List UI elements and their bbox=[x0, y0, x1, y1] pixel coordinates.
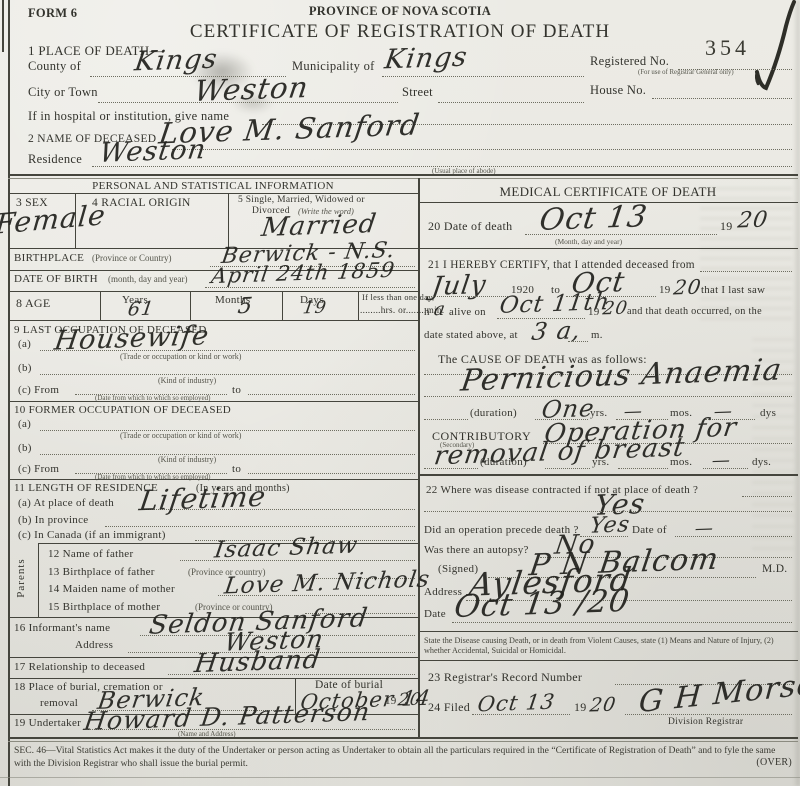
certificate-number-stamp: 354 bbox=[705, 35, 750, 61]
date-of-death-year-value: 20 bbox=[736, 207, 770, 233]
dotted-rule bbox=[568, 341, 588, 342]
dob-note: (month, day and year) bbox=[108, 274, 187, 284]
street-label: Street bbox=[402, 85, 433, 100]
attended-to-year-printed: 19 bbox=[659, 284, 671, 296]
informant-name-label: 16 Informant's name bbox=[14, 622, 110, 634]
age-hrs-label: ........hrs. or........min. bbox=[360, 305, 444, 315]
informant-address-label: Address bbox=[75, 639, 113, 651]
md-label: M.D. bbox=[762, 563, 787, 575]
residence-value: Weston bbox=[98, 134, 209, 169]
date-of-death-note: (Month, day and year) bbox=[555, 237, 622, 246]
mother-name-label: 14 Maiden name of mother bbox=[48, 583, 175, 595]
date-of-death-label: 20 Date of death bbox=[428, 219, 512, 234]
paper-fold-line bbox=[0, 777, 800, 778]
parents-side-label: Parents bbox=[15, 548, 27, 608]
city-or-town-label: City or Town bbox=[28, 85, 98, 100]
age-months-value: 5 bbox=[236, 294, 255, 320]
registered-no-label: Registered No. bbox=[590, 54, 669, 69]
cell-divider bbox=[358, 291, 359, 320]
filed-year-printed: 19 bbox=[574, 700, 587, 715]
contributory-dys-label: dys. bbox=[752, 456, 771, 468]
marital-label: 5 Single, Married, Widowed or bbox=[238, 195, 365, 205]
marital-value: Married bbox=[260, 209, 379, 243]
bottom-separator bbox=[8, 741, 798, 742]
operation-date-label: Date of bbox=[632, 524, 667, 536]
dotted-rule bbox=[172, 149, 792, 150]
cell-divider bbox=[228, 193, 229, 248]
last-occupation-b-label: (b) bbox=[18, 362, 32, 374]
heavy-rule bbox=[418, 474, 798, 476]
attended-to-year-value: 20 bbox=[672, 275, 703, 300]
alive-year-printed: 19 bbox=[588, 306, 600, 318]
rule bbox=[418, 660, 798, 661]
relationship-label: 17 Relationship to deceased bbox=[14, 661, 145, 673]
filed-label: 24 Filed bbox=[428, 700, 470, 715]
dotted-rule bbox=[700, 271, 792, 272]
father-name-value: Isaac Shaw bbox=[213, 533, 360, 564]
division-registrar-label: Division Registrar bbox=[668, 717, 743, 727]
former-occupation-a-label: (a) bbox=[18, 418, 31, 430]
medical-heading: MEDICAL CERTIFICATE OF DEATH bbox=[418, 184, 798, 200]
parents-bracket-rule bbox=[38, 543, 39, 617]
alive-on-label: alive on bbox=[449, 306, 486, 318]
registrar-record-label: 23 Registrar's Record Number bbox=[428, 670, 582, 685]
over-label: (OVER) bbox=[756, 757, 792, 768]
rule bbox=[8, 320, 418, 321]
age-label: 8 AGE bbox=[16, 296, 51, 311]
filed-date-value: Oct 13 bbox=[476, 690, 557, 717]
father-birthplace-label: 13 Birthplace of father bbox=[48, 566, 155, 578]
burial-date-year-value: 20 bbox=[397, 690, 424, 711]
rule bbox=[418, 631, 798, 632]
attended-from-value: July bbox=[430, 270, 489, 302]
filed-year-value: 20 bbox=[588, 694, 617, 717]
section-separator bbox=[8, 178, 798, 179]
last-occupation-b-note: (Kind of industry) bbox=[158, 376, 216, 385]
registrar-signature-value: G H Morse bbox=[638, 667, 800, 720]
cell-divider bbox=[100, 291, 101, 320]
certificate-title: CERTIFICATE OF REGISTRATION OF DEATH bbox=[0, 21, 800, 43]
sec-46-note: SEC. 46—Vital Statistics Act makes it th… bbox=[14, 745, 784, 770]
duration-dys-label: dys bbox=[760, 407, 776, 419]
dotted-rule bbox=[426, 296, 508, 297]
contributory-mos-label: mos. bbox=[670, 456, 692, 468]
age-days-value: 19 bbox=[302, 298, 329, 319]
certify-line3-tail: and that death occurred, on the bbox=[627, 306, 762, 317]
pen-checkmark-icon bbox=[745, 0, 797, 100]
residence-label: Residence bbox=[28, 152, 82, 167]
last-occupation-c-label: (c) From bbox=[18, 384, 59, 396]
province-heading: PROVINCE OF NOVA SCOTIA bbox=[0, 4, 800, 19]
cell-divider bbox=[282, 291, 283, 320]
residence-length-a-value: Lifetime bbox=[137, 480, 268, 517]
dotted-rule bbox=[248, 473, 415, 474]
column-divider bbox=[418, 178, 420, 737]
dotted-rule bbox=[40, 374, 415, 375]
autopsy-label: Was there an autopsy? bbox=[424, 544, 529, 556]
cell-divider bbox=[190, 291, 191, 320]
dotted-rule bbox=[438, 102, 584, 103]
residence-length-c-label: (c) In Canada (if an immigrant) bbox=[18, 529, 166, 541]
last-occupation-a-note: (Trade or occupation or kind or work) bbox=[120, 352, 241, 361]
former-occupation-b-note: (Kind of industry) bbox=[158, 455, 216, 464]
dotted-rule bbox=[424, 511, 792, 512]
former-occupation-b-label: (b) bbox=[18, 442, 32, 454]
last-occupation-c-to: to bbox=[232, 384, 241, 396]
former-occupation-a-note: (Trade or occupation or kind of work) bbox=[120, 431, 241, 440]
certify-line2-tail: that I last saw bbox=[701, 284, 765, 296]
former-occupation-c-label: (c) From bbox=[18, 463, 59, 475]
date-of-death-value: Oct 13 bbox=[537, 199, 650, 238]
dotted-rule bbox=[105, 526, 415, 527]
mother-birthplace-label: 15 Birthplace of mother bbox=[48, 601, 160, 613]
death-certificate-scan: FORM 6 PROVINCE OF NOVA SCOTIA CERTIFICA… bbox=[0, 0, 800, 786]
dotted-rule bbox=[248, 394, 415, 395]
alive-year-value: 20 bbox=[601, 298, 629, 320]
certify-line1: 21 I HEREBY CERTIFY, that I attended dec… bbox=[428, 259, 695, 271]
dotted-rule bbox=[742, 496, 792, 497]
residence-length-a-label: (a) At place of death bbox=[18, 497, 114, 509]
dotted-rule bbox=[472, 714, 570, 715]
burial-date-year-printed: 19 bbox=[385, 695, 397, 707]
dob-value: April 24th 1859 bbox=[210, 258, 397, 288]
physician-date-label: Date bbox=[424, 608, 446, 620]
age-less-label: If less than one day, bbox=[362, 293, 434, 302]
former-occupation-c-to: to bbox=[232, 463, 241, 475]
physician-date-value: Oct 13 /20 bbox=[452, 583, 632, 625]
rule bbox=[418, 248, 798, 249]
personal-heading: PERSONAL AND STATISTICAL INFORMATION bbox=[8, 180, 418, 192]
birthplace-label: BIRTHPLACE bbox=[14, 252, 84, 264]
bleed-through-text bbox=[700, 185, 792, 320]
dotted-rule bbox=[625, 714, 792, 715]
duration-label: (duration) bbox=[470, 407, 517, 419]
contributory-yrs-label: yrs. bbox=[592, 456, 609, 468]
residence-length-heading: 11 LENGTH OF RESIDENCE bbox=[14, 482, 158, 494]
dotted-rule bbox=[424, 419, 468, 420]
last-saw-h-value: a bbox=[432, 299, 447, 320]
municipality-value: Kings bbox=[383, 42, 470, 76]
q22-label: 22 Where was disease contracted if not a… bbox=[426, 484, 698, 496]
certify-line4: date stated above, at bbox=[424, 329, 518, 341]
dotted-rule bbox=[424, 396, 792, 397]
city-or-town-value: Weston bbox=[192, 70, 311, 108]
age-years-value: 61 bbox=[126, 298, 155, 321]
section-separator bbox=[8, 174, 798, 176]
relationship-value: Husband bbox=[193, 645, 323, 679]
contributory-duration-label: (duration) bbox=[480, 456, 527, 468]
date-of-death-year-printed: 19 bbox=[720, 219, 733, 234]
county-label: County of bbox=[28, 59, 81, 74]
dotted-rule bbox=[545, 468, 590, 469]
last-occupation-a-label: (a) bbox=[18, 338, 31, 350]
bottom-separator bbox=[8, 737, 798, 739]
burial-place-label-2: removal bbox=[40, 697, 78, 709]
dob-label: DATE OF BIRTH bbox=[14, 273, 98, 285]
birthplace-note: (Province or Country) bbox=[92, 253, 171, 263]
certify-line4-tail: m. bbox=[591, 329, 603, 341]
dotted-rule bbox=[382, 76, 584, 77]
dotted-rule bbox=[703, 468, 748, 469]
registered-no-note: (For use of Registrar General only) bbox=[638, 69, 734, 76]
rule bbox=[8, 479, 418, 480]
residence-length-b-label: (b) In province bbox=[18, 514, 88, 526]
dotted-rule bbox=[652, 98, 792, 99]
left-border-rule bbox=[8, 0, 10, 786]
dotted-rule bbox=[675, 536, 792, 537]
dotted-rule bbox=[40, 454, 415, 455]
dotted-rule bbox=[618, 468, 668, 469]
father-name-label: 12 Name of father bbox=[48, 548, 133, 560]
violent-death-note: State the Disease causing Death, or in d… bbox=[424, 636, 792, 656]
dotted-rule bbox=[424, 468, 478, 469]
rule bbox=[8, 193, 418, 194]
racial-origin-label: 4 RACIAL ORIGIN bbox=[92, 197, 191, 209]
rule bbox=[8, 401, 418, 402]
last-saw-h: h bbox=[424, 306, 430, 318]
rule bbox=[8, 291, 418, 292]
former-occupation-heading: 10 FORMER OCCUPATION OF DECEASED bbox=[14, 404, 231, 416]
undertaker-label: 19 Undertaker bbox=[14, 717, 81, 729]
county-value: Kings bbox=[133, 44, 220, 78]
house-no-label: House No. bbox=[590, 83, 646, 98]
